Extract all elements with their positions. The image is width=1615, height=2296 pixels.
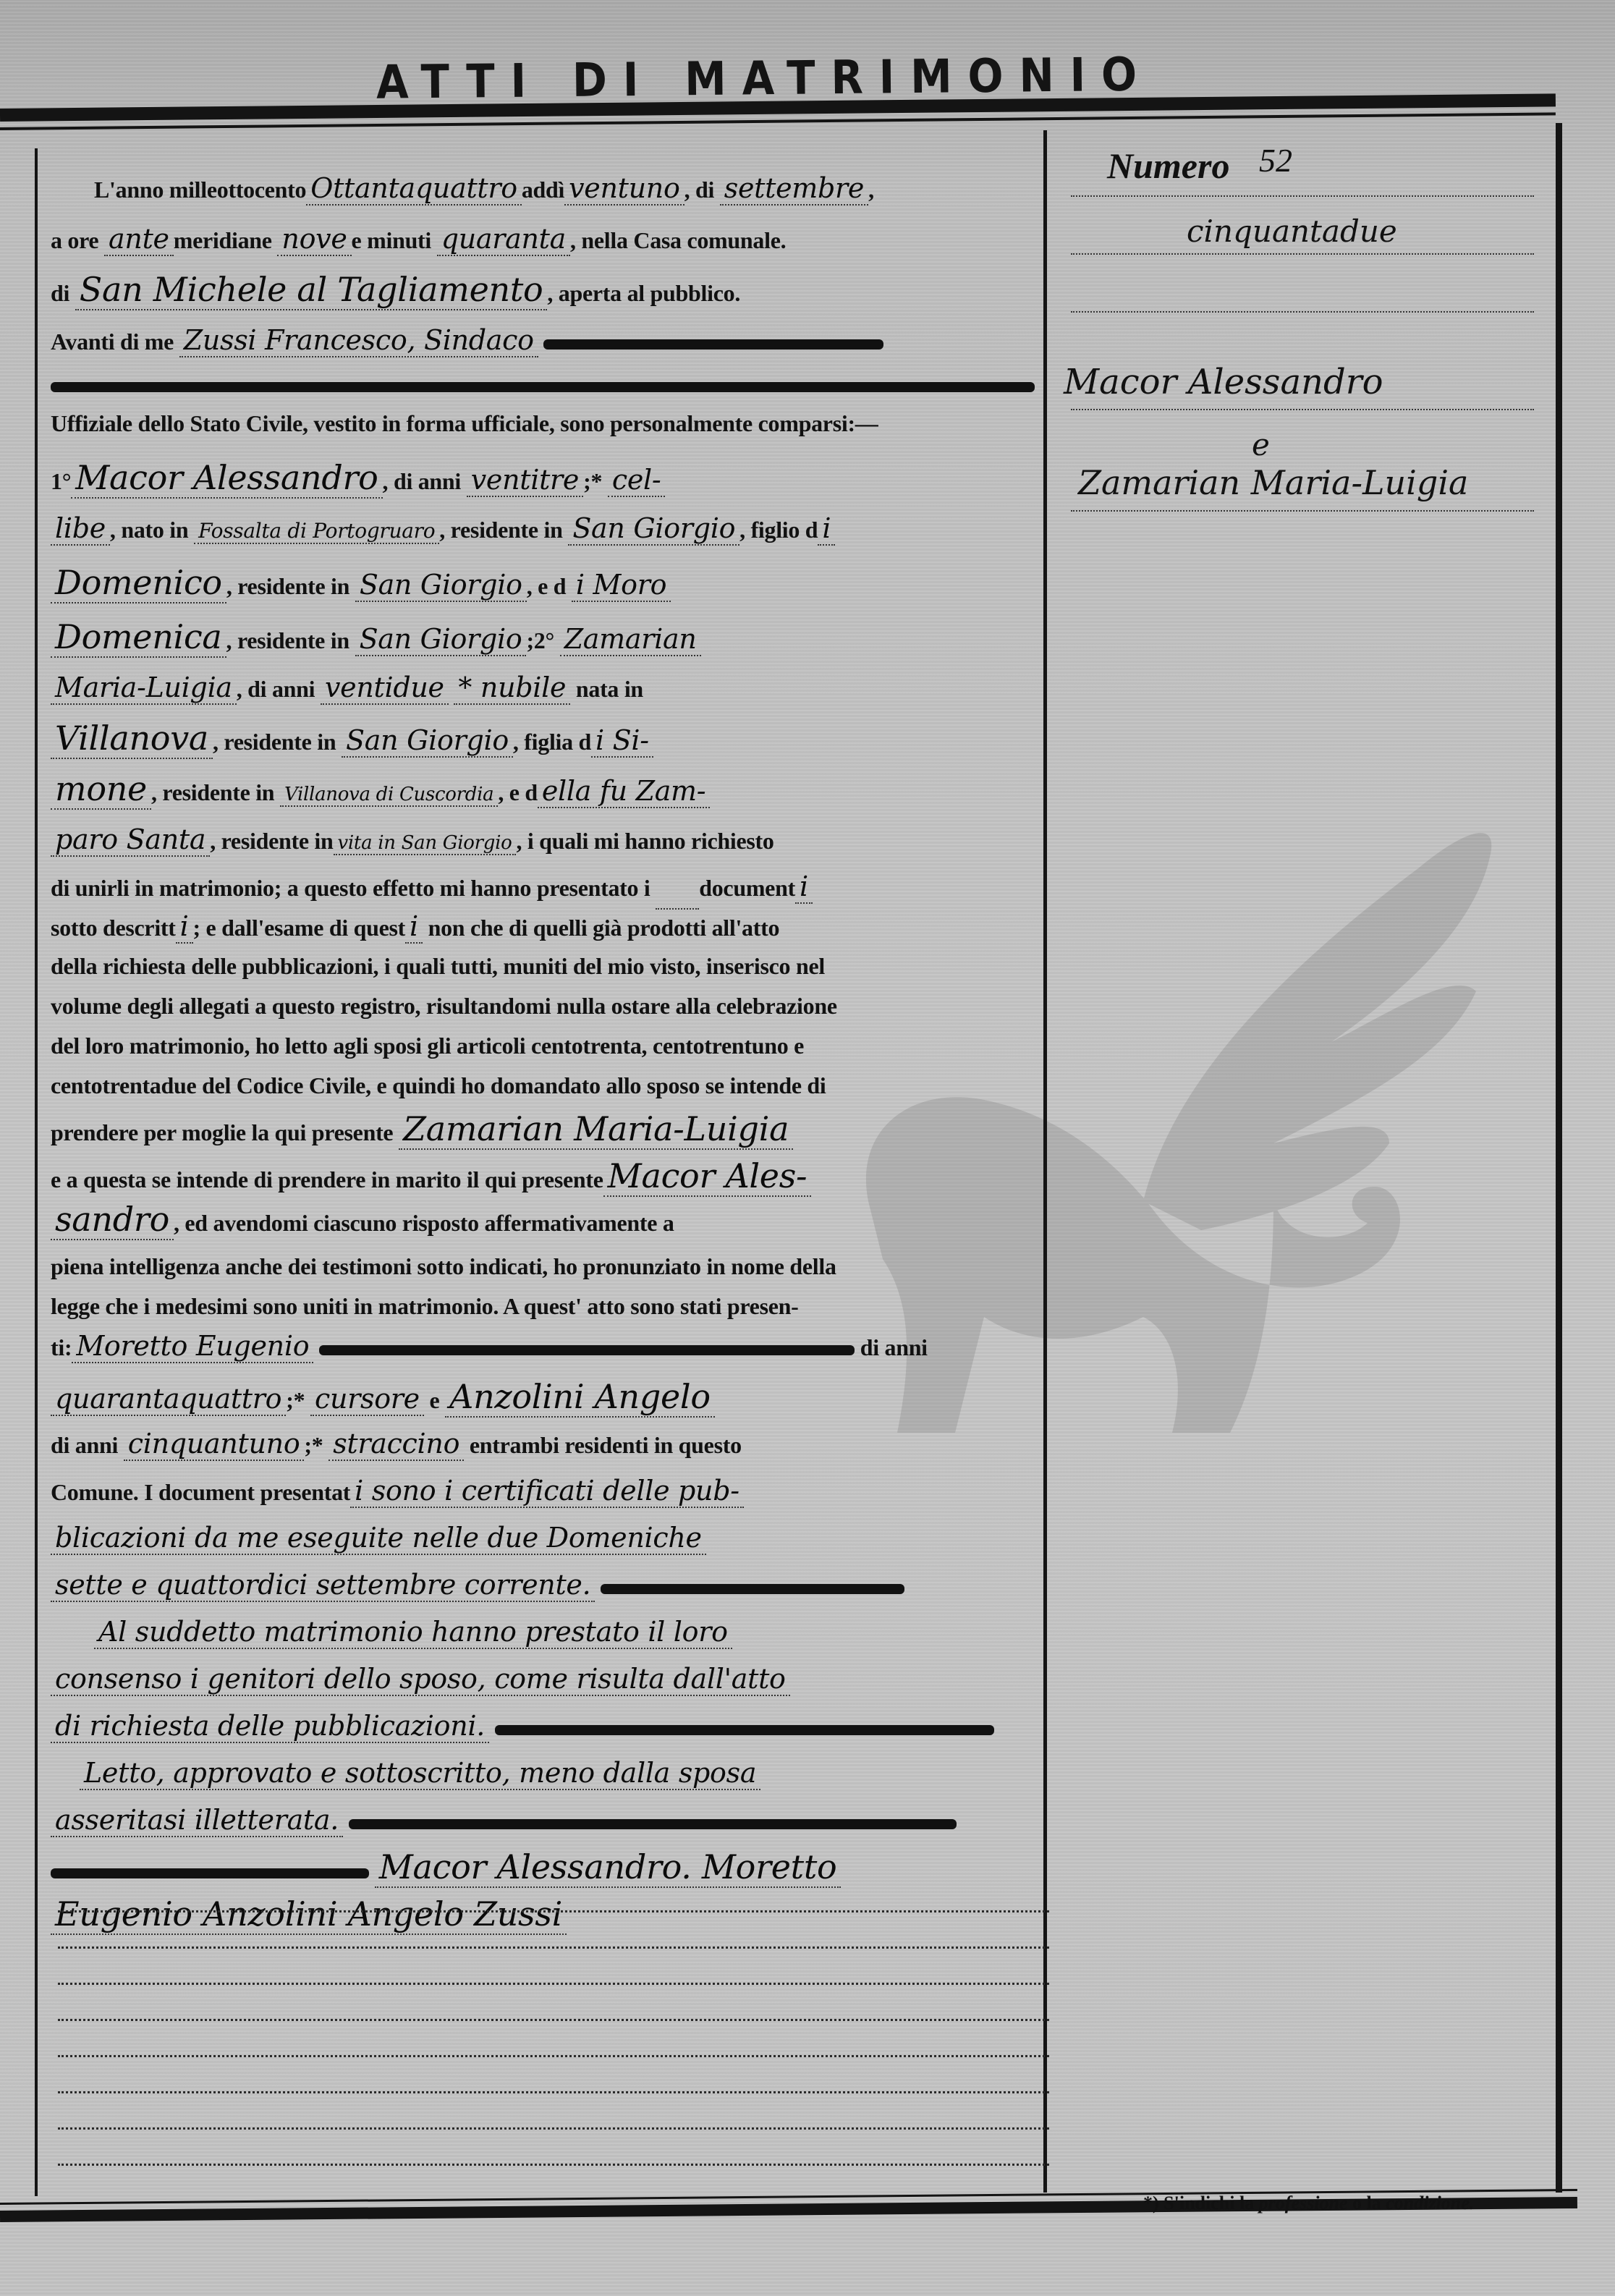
margin-groom-name: Macor Alessandro <box>1064 362 1383 402</box>
empty-ruled-line <box>58 2127 1049 2130</box>
bride-surname: Zamarian <box>560 623 701 656</box>
line-officer: Avanti di me Zussi Francesco, Sindaco <box>51 318 1035 362</box>
bride-condition: * nubile <box>454 672 570 705</box>
line-bride-father: mone, residente in Villanova di Cuscordi… <box>51 767 1035 810</box>
line-prendere-marito: e a questa se intende di prendere in mar… <box>51 1154 1035 1198</box>
line-bride: Maria-Luigia, di anni ventidue * nubile … <box>51 666 1035 709</box>
hour-field: nove <box>277 223 351 256</box>
line-bride-birth: Villanova, residente in San Giorgio, fig… <box>51 716 1035 760</box>
line-place: di San Michele al Tagliamento, aperta al… <box>51 268 1035 311</box>
witness1-name: Moretto Eugenio <box>72 1330 313 1363</box>
ante-field: ante <box>104 223 174 256</box>
empty-ruled-line <box>58 1910 1049 1912</box>
groom-profession: cel- <box>608 464 666 497</box>
line-letto: Letto, approvato e sottoscritto, meno da… <box>80 1751 1064 1795</box>
line-18: del loro matrimonio, ho letto agli sposi… <box>51 1024 1035 1067</box>
bride-age: ventidue <box>321 672 449 705</box>
groom-father: Domenico <box>51 563 226 603</box>
right-border <box>1556 123 1562 2193</box>
groom-name: Macor Alessandro <box>71 458 382 499</box>
numero-label: Numero <box>1107 145 1229 187</box>
line-annotation-1: blicazioni da me eseguite nelle due Dome… <box>51 1516 1035 1559</box>
witness1-profession: cursore <box>310 1383 424 1416</box>
left-border <box>35 148 38 2196</box>
groom-birthplace: Fossalta di Portogruaro <box>194 519 439 544</box>
empty-ruled-line <box>58 2019 1049 2021</box>
minutes-field: quaranta <box>437 223 570 256</box>
fill-bar <box>543 339 883 350</box>
empty-ruled-line <box>58 2164 1049 2166</box>
signature-witnesses: Eugenio Anzolini Angelo Zussi <box>51 1894 567 1935</box>
empty-ruled-line <box>58 1946 1049 1949</box>
margin-bride-name: Zamarian Maria-Luigia <box>1078 463 1468 502</box>
line-bride-mother: paro Santa, residente invita in San Gior… <box>51 818 1035 861</box>
line-prendere-moglie: prendere per moglie la qui presente Zama… <box>51 1107 1035 1151</box>
line-illetterata: asseritasi illetterata. <box>51 1798 1035 1842</box>
line-annotation-5: di richiesta delle pubblicazioni. <box>51 1704 1035 1748</box>
line-groom-mother: Domenica, residente in San Giorgio;2° Za… <box>51 615 1035 658</box>
line-descritti: sotto descritti; e dall'esame di questi … <box>51 905 1035 948</box>
line-affermativamente: sandro, ed avendomi ciascuno risposto af… <box>51 1198 1035 1241</box>
line-23: piena intelligenza anche dei testimoni s… <box>51 1245 1035 1288</box>
witness2-age: cinquantuno <box>124 1428 305 1461</box>
empty-ruled-line <box>58 2055 1049 2057</box>
line-annotation-3: Al suddetto matrimonio hanno prestato il… <box>94 1610 1078 1653</box>
section-rule <box>51 382 1035 392</box>
line-groom: 1°Macor Alessandro, di anni ventitre;* c… <box>51 456 1035 499</box>
line-19: centotrentadue del Codice Civile, e quin… <box>51 1064 1035 1107</box>
day-field: ventuno <box>564 172 684 206</box>
line-date: L'anno milleottocentoOttantaquattroaddìv… <box>94 166 1078 210</box>
bride-mother: ella fu Zam- <box>538 775 710 808</box>
witness1-age: quarantaquattro <box>51 1383 286 1416</box>
line-signatures-2: Eugenio Anzolini Angelo Zussi <box>51 1892 1035 1936</box>
line-groom-father: Domenico, residente in San Giorgio, e d … <box>51 561 1035 604</box>
witness2-profession: straccino <box>328 1428 464 1461</box>
line-time: a ore antemeridiane novee minuti quarant… <box>51 217 1035 260</box>
column-divider <box>1043 130 1047 2193</box>
groom-mother: i Moro <box>572 569 671 602</box>
bride-birthplace: Villanova <box>51 719 213 759</box>
witness2-name: Anzolini Angelo <box>445 1377 715 1418</box>
numero-words: cinquantadue <box>1187 213 1397 249</box>
line-16: della richiesta delle pubblicazioni, i q… <box>51 944 1035 988</box>
line-witness-1: ti:Moretto Eugenio di anni <box>51 1324 1035 1368</box>
empty-ruled-line <box>58 2091 1049 2093</box>
groom-age: ventitre <box>467 464 583 497</box>
footnote: *) S'indichi la professione o la condizi… <box>1143 2193 1474 2214</box>
municipality-field: San Michele al Tagliamento <box>75 270 548 310</box>
line-documents: di unirli in matrimonio; a questo effett… <box>51 865 1035 908</box>
line-ufficiale: Uffiziale dello Stato Civile, vestito in… <box>51 402 1035 445</box>
numero-value: 52 <box>1259 141 1292 179</box>
year-field: Ottantaquattro <box>306 172 522 206</box>
empty-ruled-line <box>58 1983 1049 1985</box>
bride-father: i Si- <box>591 724 653 758</box>
line-comune: Comune. I document presentati sono i cer… <box>51 1469 1035 1512</box>
margin-conjunction: e <box>1252 427 1270 462</box>
line-17: volume degli allegati a questo registro,… <box>51 984 1035 1028</box>
signature-groom: Macor Alessandro. Moretto <box>375 1847 842 1888</box>
line-annotation-2: sette e quattordici settembre corrente. <box>51 1563 1035 1606</box>
officer-field: Zussi Francesco, Sindaco <box>179 324 538 357</box>
line-witness-2-age: di anni cinquantuno;* straccino entrambi… <box>51 1422 1035 1465</box>
line-signatures-1: Macor Alessandro. Moretto <box>51 1845 1035 1889</box>
month-field: settembre <box>720 172 868 206</box>
line-annotation-4: consenso i genitori dello sposo, come ri… <box>51 1657 1035 1700</box>
line-24: legge che i medesimi sono uniti in matri… <box>51 1284 1035 1328</box>
bride-name: Maria-Luigia <box>51 672 237 705</box>
line-witness-2: quarantaquattro;* cursore e Anzolini Ang… <box>51 1375 1035 1418</box>
groom-residence: San Giorgio <box>568 512 739 546</box>
line-groom-birth: libe, nato in Fossalta di Portogruaro, r… <box>51 507 1035 550</box>
